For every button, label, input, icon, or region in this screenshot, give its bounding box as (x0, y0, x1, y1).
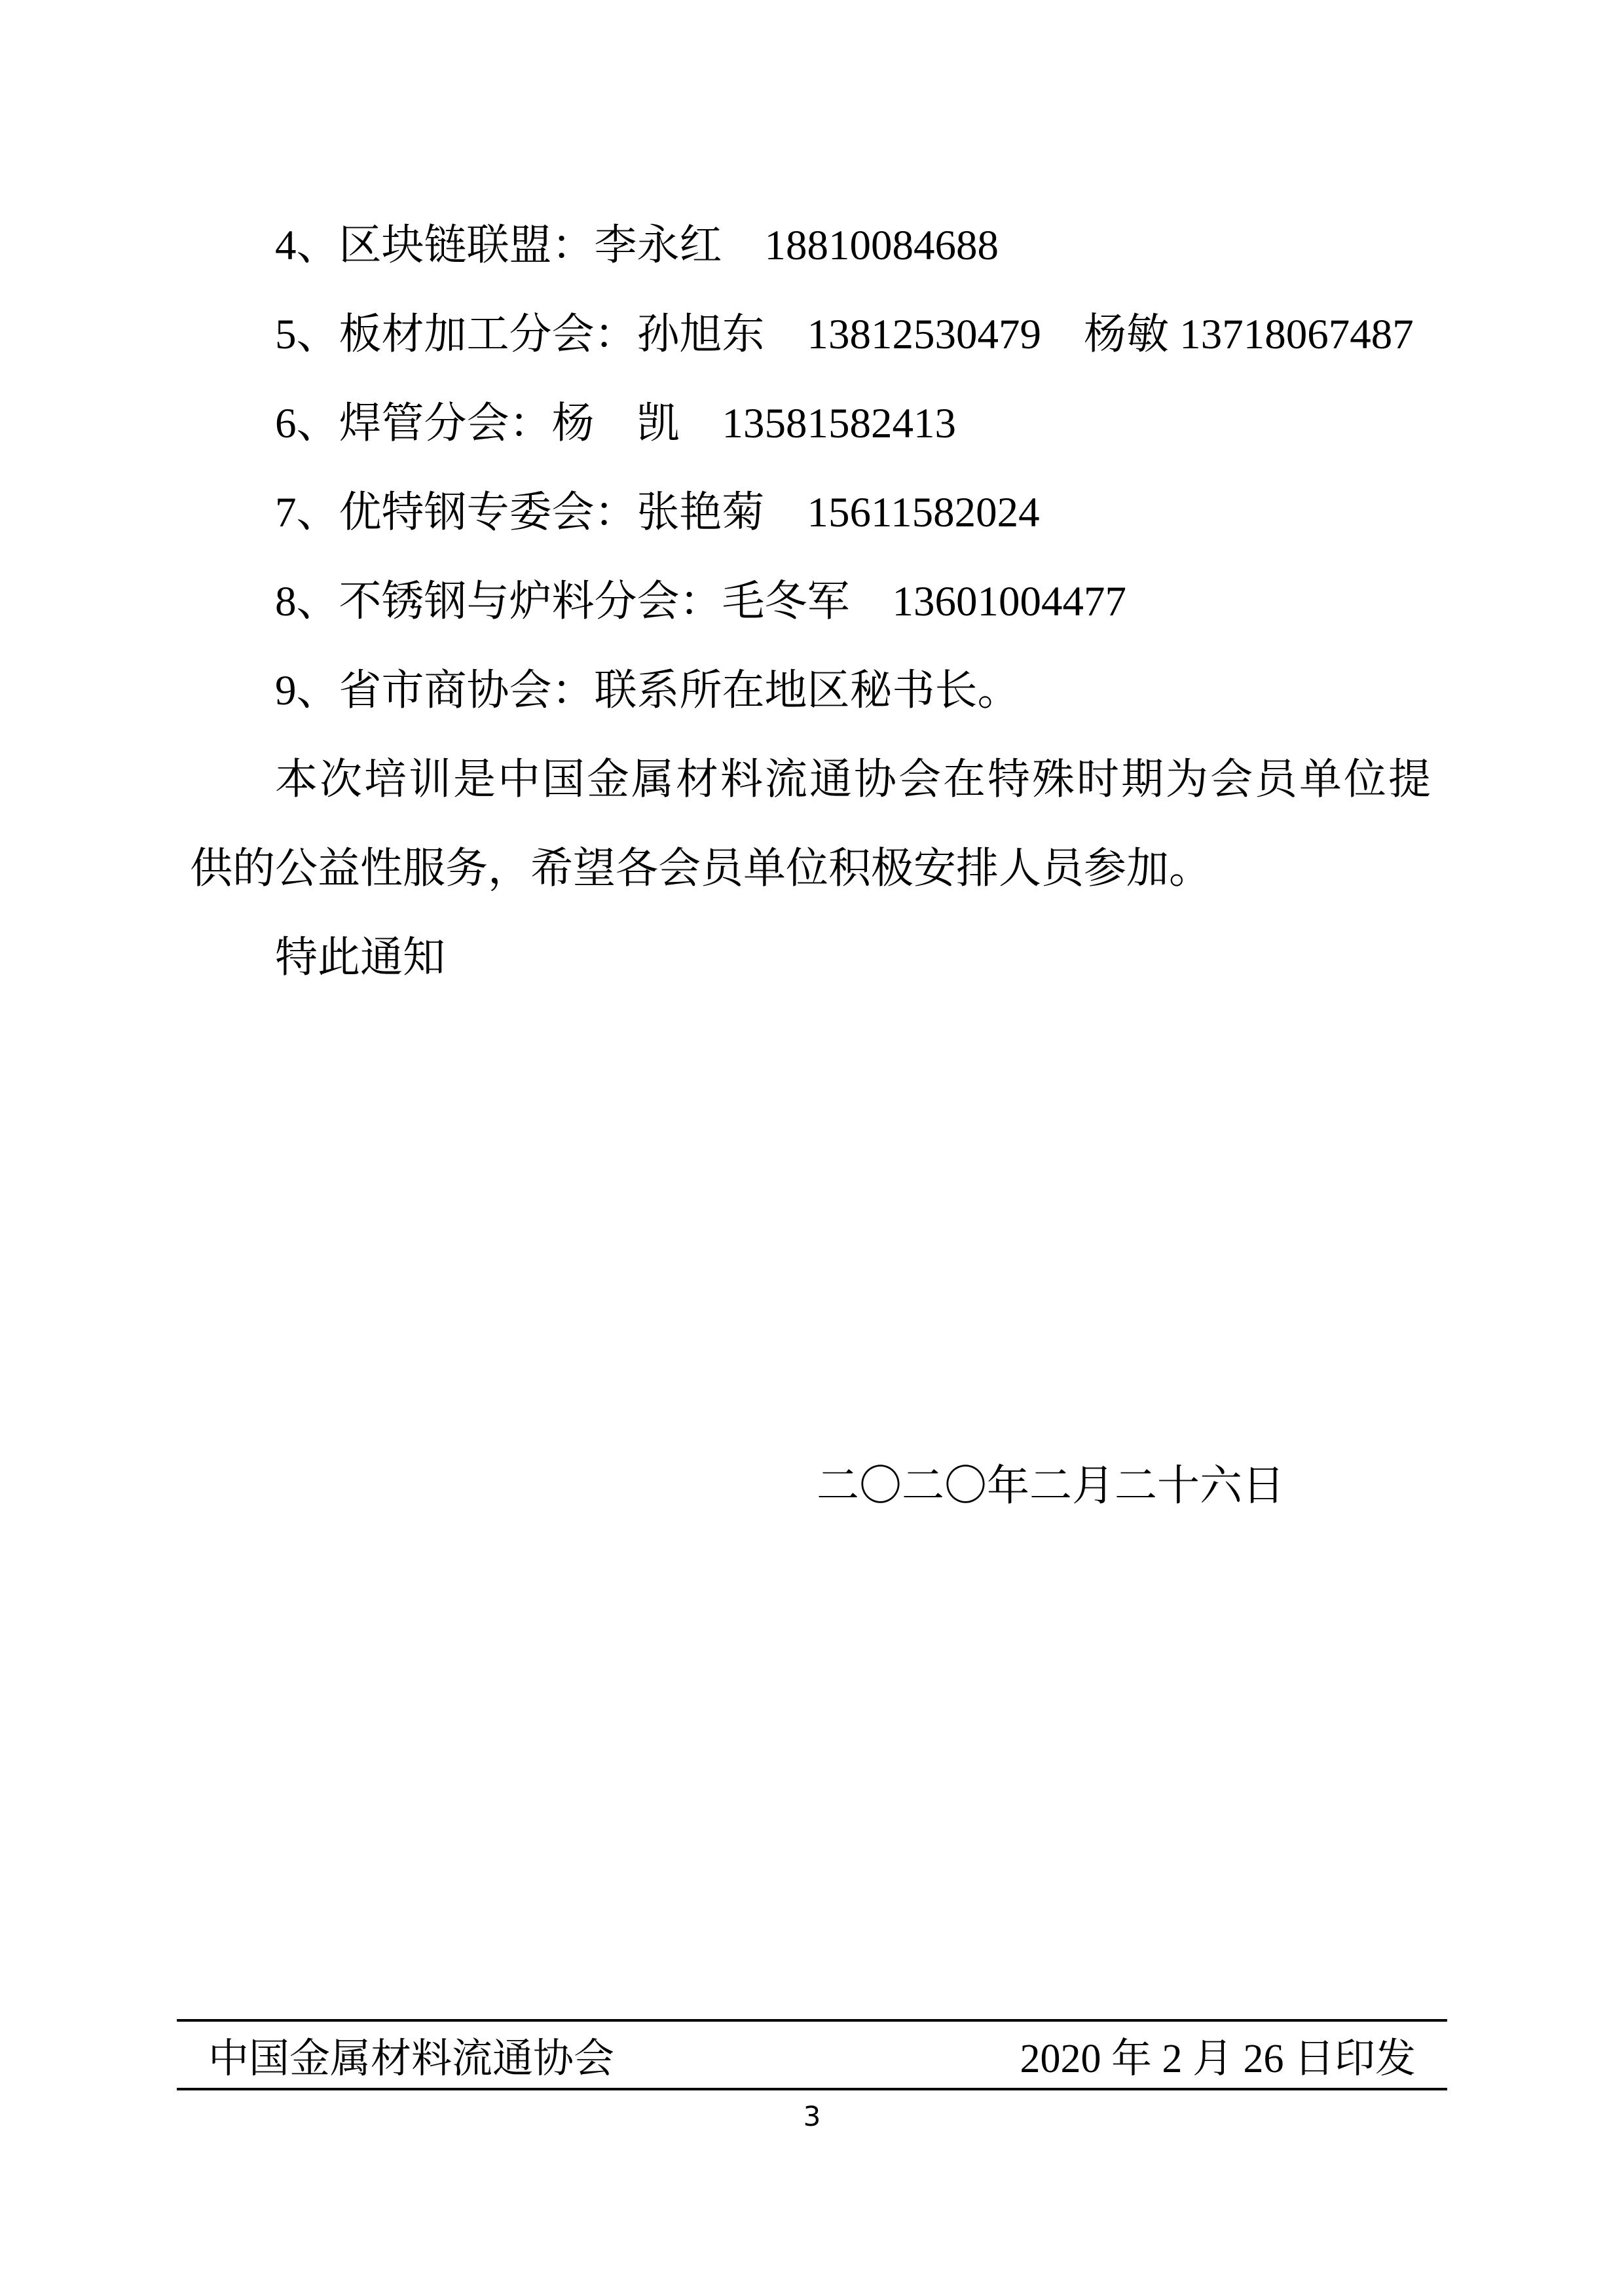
contact-item-blockchain-alliance: 4、区块链联盟：李永红 18810084688 (190, 201, 1434, 290)
contact-item-welded-pipe-branch: 6、焊管分会：杨 凯 13581582413 (190, 379, 1434, 468)
closing-statement: 特此通知 (190, 913, 1434, 1002)
contact-item-sheet-processing-branch: 5、板材加工分会：孙旭东 13812530479 杨敏 13718067487 (190, 290, 1434, 379)
document-body: 4、区块链联盟：李永红 18810084688 5、板材加工分会：孙旭东 138… (190, 201, 1434, 1002)
footer-print-date: 2020 年 2 月 26 日印发 (1020, 2026, 1416, 2084)
document-page: 4、区块链联盟：李永红 18810084688 5、板材加工分会：孙旭东 138… (0, 0, 1624, 2296)
issue-date: 二〇二〇年二月二十六日 (190, 1442, 1434, 1531)
contact-item-special-steel-committee: 7、优特钢专委会：张艳菊 15611582024 (190, 468, 1434, 557)
page-number: 3 (0, 2102, 1624, 2132)
document-footer: 中国金属材料流通协会 2020 年 2 月 26 日印发 (177, 2019, 1447, 2090)
paragraph-line-1: 本次培训是中国金属材料流通协会在特殊时期为会员单位提 (190, 735, 1434, 824)
contact-item-stainless-steel-branch: 8、不锈钢与炉料分会：毛冬军 13601004477 (190, 557, 1434, 646)
paragraph-line-2: 供的公益性服务，希望各会员单位积极安排人员参加。 (190, 824, 1434, 913)
footer-issuer: 中国金属材料流通协会 (208, 2026, 614, 2084)
contact-item-provincial-associations: 9、省市商协会：联系所在地区秘书长。 (190, 646, 1434, 735)
